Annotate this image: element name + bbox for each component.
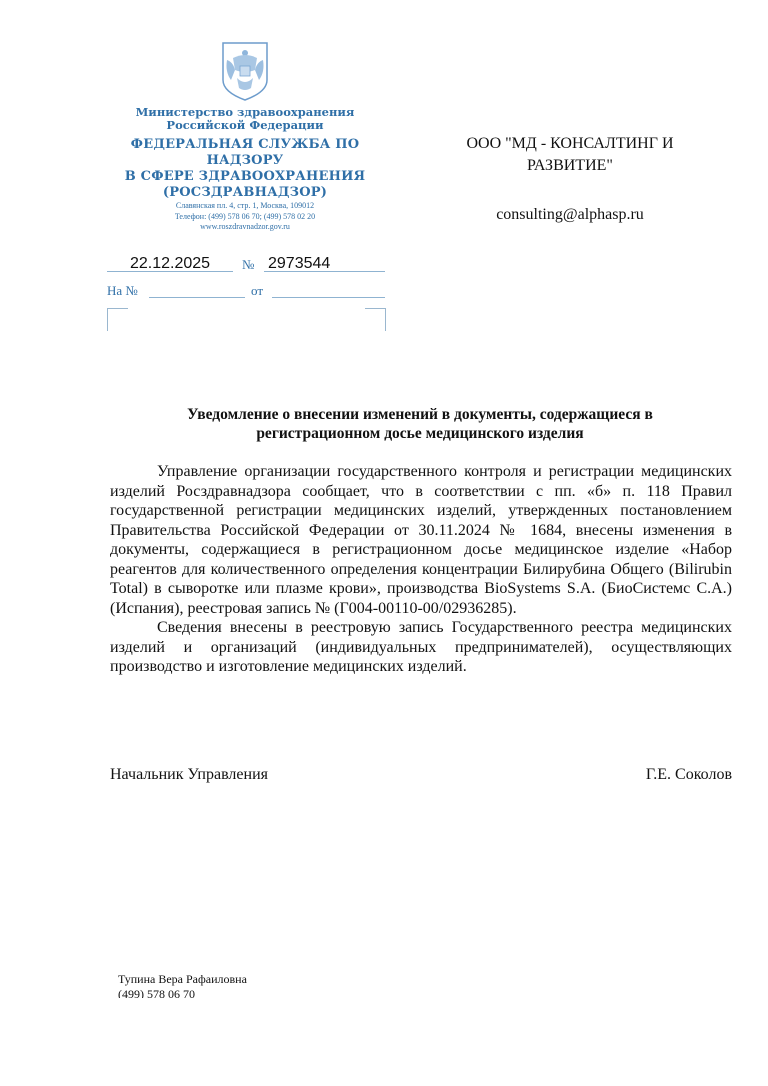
recipient-email: consulting@alphasp.ru	[440, 206, 700, 224]
date-field: 22.12.2025	[107, 256, 233, 272]
agency-line-3: (РОСЗДРАВНАДЗОР)	[100, 185, 390, 201]
address-corner-right	[365, 308, 386, 331]
document-title-line-1: Уведомление о внесении изменений в докум…	[108, 405, 732, 424]
agency-name: ФЕДЕРАЛЬНАЯ СЛУЖБА ПО НАДЗОРУ В СФЕРЕ ЗД…	[100, 137, 390, 201]
letter-number: 2973544	[264, 256, 385, 271]
document-title-line-2: регистрационном досье медицинского издел…	[108, 424, 732, 443]
executor-phone: (499) 578 06 70	[118, 987, 195, 998]
signatory-position: Начальник Управления	[110, 766, 268, 784]
reply-number-label: На №	[107, 283, 138, 299]
document-body: Управление организации государственного …	[110, 462, 732, 677]
executor-name: Тупина Вера Рафаиловна	[118, 971, 247, 987]
russian-coat-of-arms-icon	[219, 40, 271, 102]
address-corner-left	[107, 308, 128, 331]
reply-number-field	[149, 282, 245, 298]
recipient-name: ООО "МД - КОНСАЛТИНГ И РАЗВИТИЕ"	[440, 133, 700, 177]
agency-line-1: ФЕДЕРАЛЬНАЯ СЛУЖБА ПО НАДЗОРУ	[100, 137, 390, 169]
agency-phones: Телефон: (499) 578 06 70; (499) 578 02 2…	[105, 212, 385, 223]
agency-website: www.roszdravnadzor.gov.ru	[105, 222, 385, 233]
document-title: Уведомление о внесении изменений в докум…	[108, 405, 732, 443]
ministry-name: Министерство здравоохранения Российской …	[105, 106, 385, 132]
recipient-name-line-1: ООО "МД - КОНСАЛТИНГ И	[440, 133, 700, 155]
agency-contacts: Славянская пл. 4, стр. 1, Москва, 109012…	[105, 201, 385, 233]
body-paragraph: Управление организации государственного …	[110, 462, 732, 618]
reply-from-label: от	[251, 283, 263, 299]
agency-address: Славянская пл. 4, стр. 1, Москва, 109012	[105, 201, 385, 212]
signatory-name: Г.Е. Соколов	[646, 766, 732, 784]
agency-line-2: В СФЕРЕ ЗДРАВООХРАНЕНИЯ	[100, 169, 390, 185]
ministry-line-2: Российской Федерации	[105, 119, 385, 132]
letter-date: 22.12.2025	[107, 256, 233, 271]
recipient-name-line-2: РАЗВИТИЕ"	[440, 155, 700, 177]
number-field: 2973544	[264, 256, 385, 272]
reply-date-field	[272, 282, 385, 298]
number-label: №	[242, 257, 254, 273]
body-paragraph: Сведения внесены в реестровую запись Гос…	[110, 618, 732, 677]
